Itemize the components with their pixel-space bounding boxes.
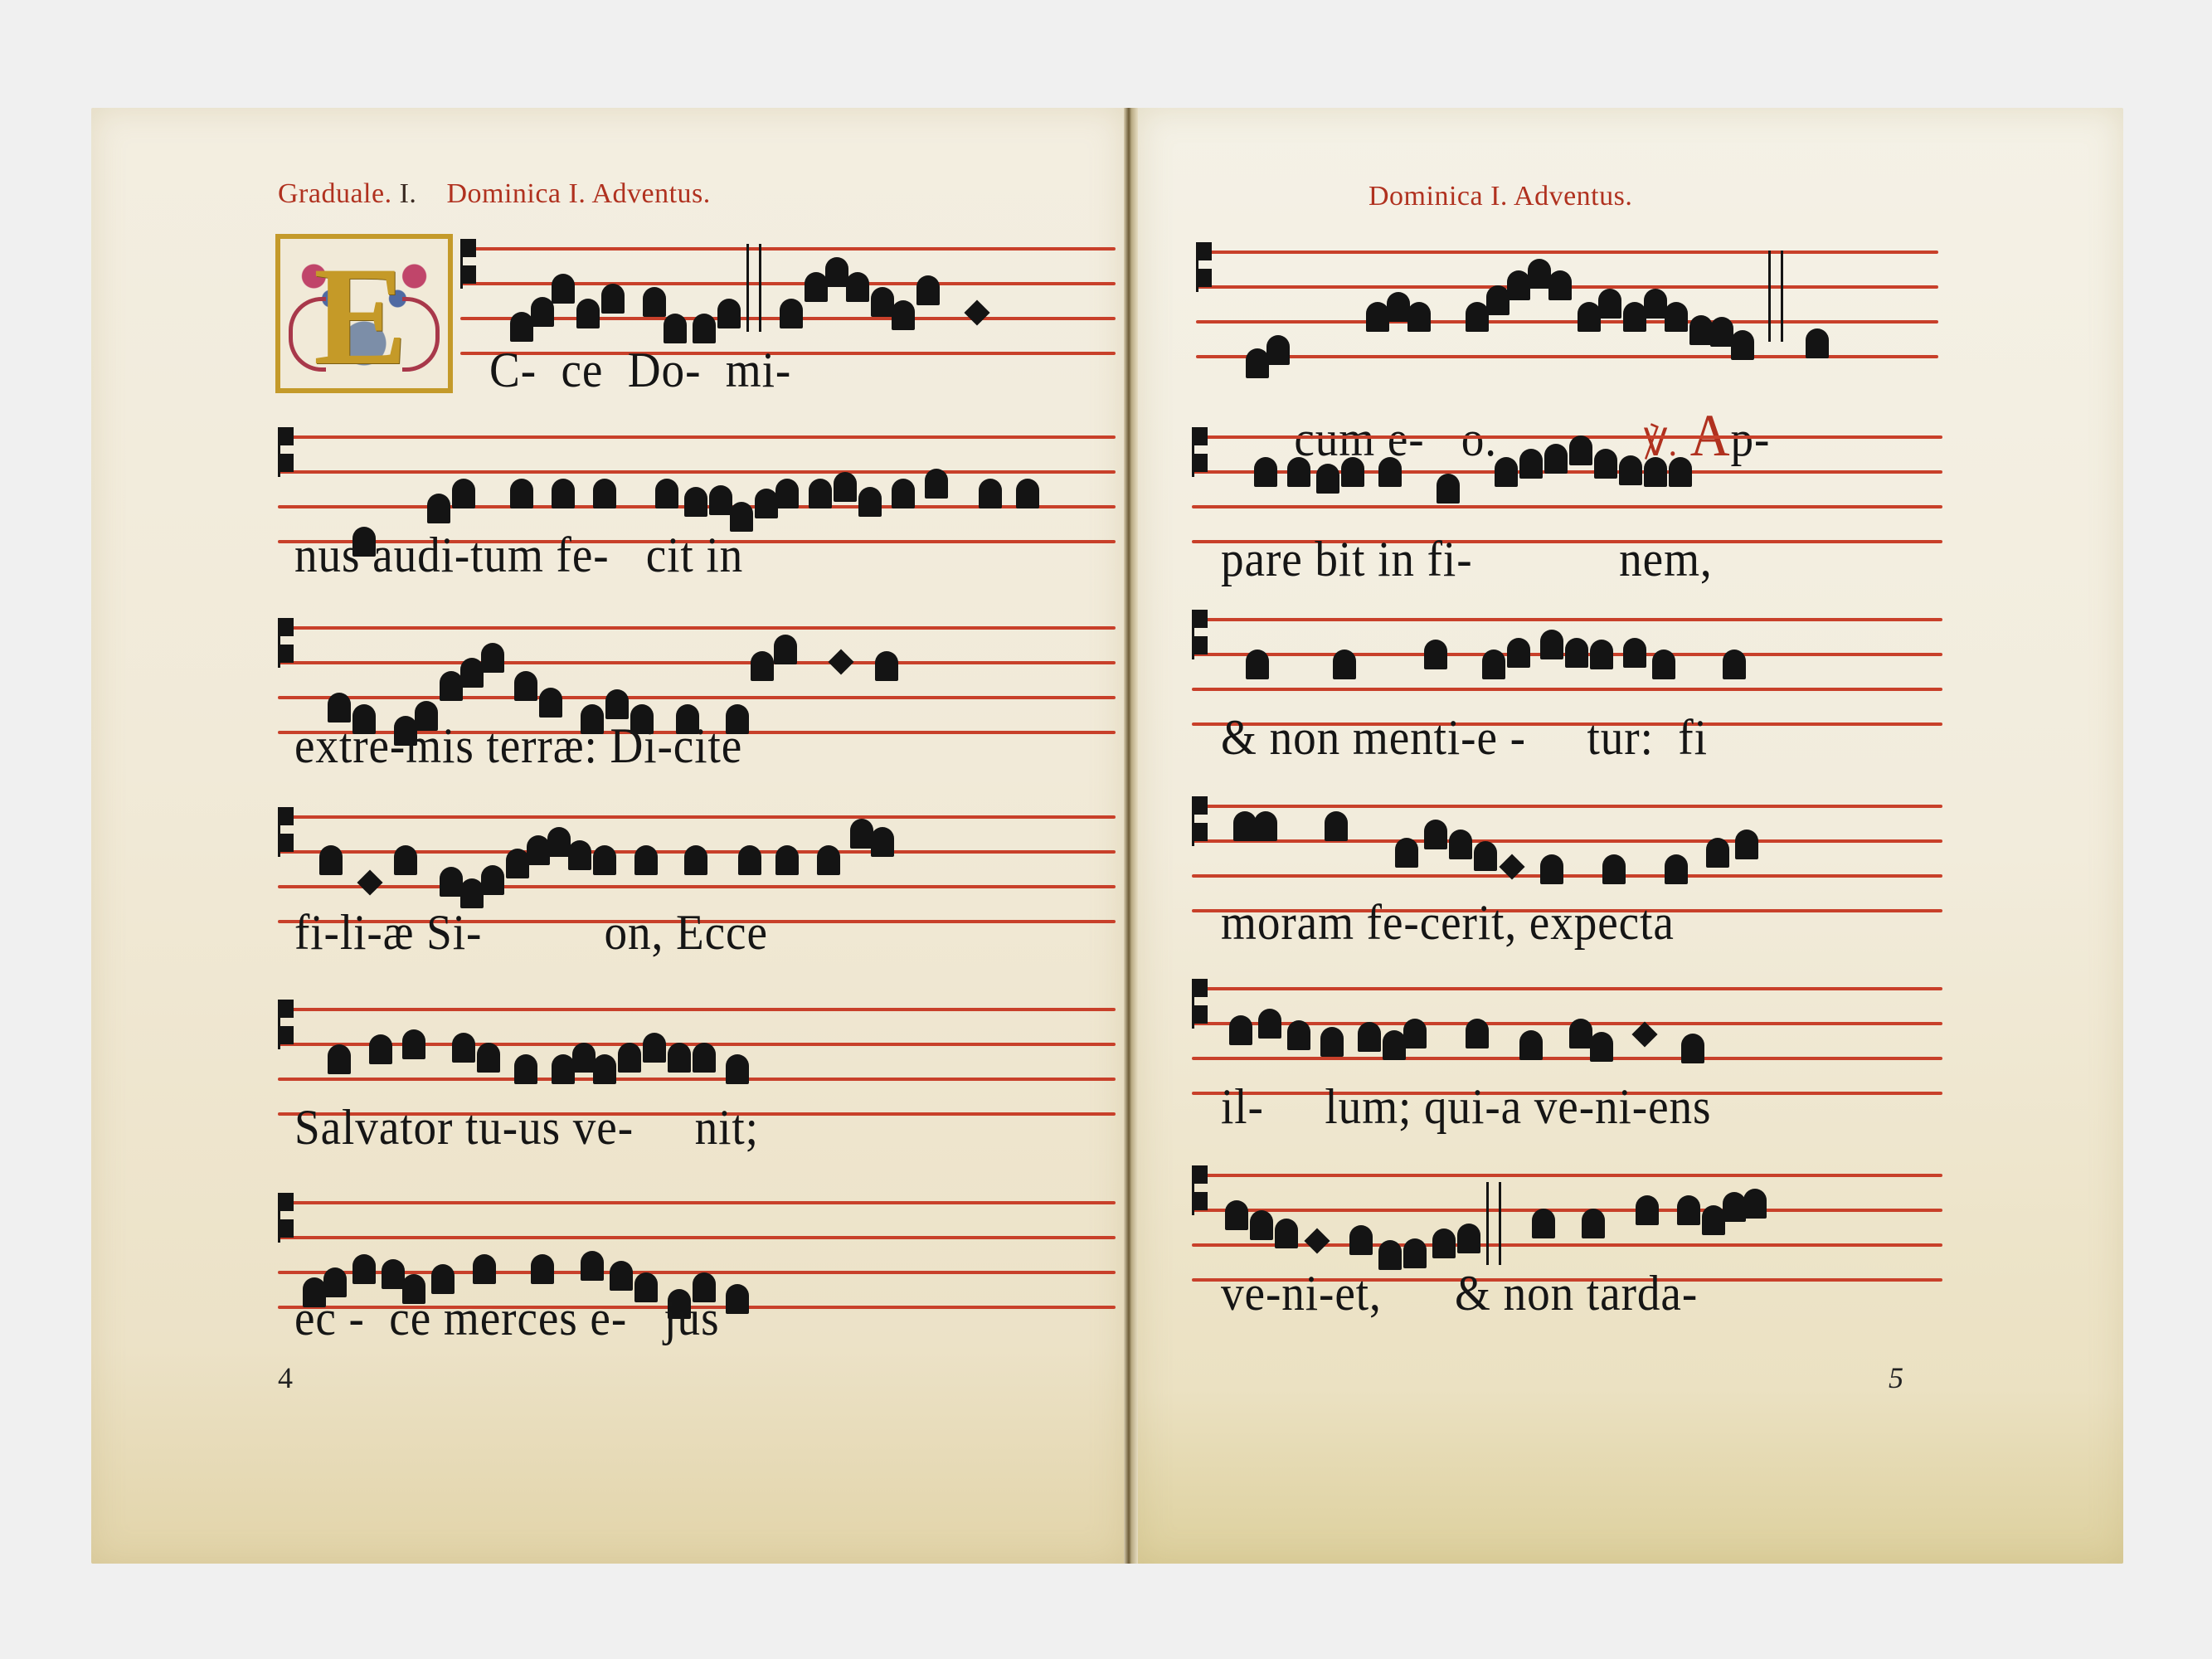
lyric-line-r6: ve-ni-et, & non tarda- (1221, 1265, 1698, 1322)
acanthus-scroll-right (402, 297, 440, 372)
book-title: Graduale. (278, 178, 392, 209)
music-staff-2 (278, 435, 1116, 542)
feast-title: Dominica I. Adventus. (446, 178, 710, 209)
lyric-line-r3: & non menti-e - tur: fi (1221, 709, 1708, 766)
c-clef-icon (1192, 1165, 1208, 1215)
page-number-left: 4 (278, 1360, 293, 1395)
book-gutter (1124, 108, 1138, 1564)
lyric-line-r2: pare bit in fi- nem, (1221, 531, 1713, 588)
initial-letter: E (314, 246, 407, 387)
c-clef-icon (278, 1000, 294, 1049)
music-staff-r1 (1196, 251, 1938, 357)
c-clef-icon (1192, 796, 1208, 846)
c-clef-icon (278, 807, 294, 857)
running-head-left: Graduale. I. Dominica I. Adventus. (278, 178, 711, 210)
left-page: Graduale. I. Dominica I. Adventus. E (91, 108, 1124, 1564)
music-staff-r2 (1192, 435, 1942, 542)
c-clef-icon (1192, 427, 1208, 477)
music-staff-r6 (1192, 1174, 1942, 1280)
lyric-line-3: extre-mis terræ: Di-cite (294, 718, 742, 775)
book-number: I. (400, 178, 417, 209)
music-staff-3 (278, 626, 1116, 732)
c-clef-icon (1196, 242, 1212, 292)
lyric-line-1: C- ce Do- mi- (489, 342, 791, 399)
music-staff-r5 (1192, 987, 1942, 1093)
lyric-line-r4: moram fe-cerit, expecta (1221, 894, 1675, 951)
music-staff-1 (460, 247, 1116, 353)
running-head-right: Dominica I. Adventus. (1369, 181, 1632, 212)
music-staff-5 (278, 1008, 1116, 1114)
c-clef-icon (1192, 979, 1208, 1029)
lyric-line-6: ec - ce merces e- jus (294, 1290, 719, 1347)
page-number-right: 5 (1889, 1360, 1903, 1395)
c-clef-icon (1192, 610, 1208, 659)
lyric-line-4: fi-li-æ Si- on, Ecce (294, 904, 768, 961)
open-choirbook: Graduale. I. Dominica I. Adventus. E (91, 108, 2115, 1564)
punctum-inclinatum-icon (964, 299, 989, 325)
punctum-inclinatum-icon (828, 649, 853, 674)
lyric-line-5: Salvator tu-us ve- nit; (294, 1099, 759, 1156)
c-clef-icon (460, 239, 476, 289)
music-staff-r3 (1192, 618, 1942, 724)
c-clef-icon (278, 1193, 294, 1243)
lyric-line-2: nus audi-tum fe- cit in (294, 527, 743, 584)
c-clef-icon (278, 618, 294, 668)
illuminated-initial: E (275, 234, 453, 393)
right-page: Dominica I. Adventus. cum e- o. ℣. Ap- (1138, 108, 2123, 1564)
c-clef-icon (278, 427, 294, 477)
lyric-line-r5: il- lum; qui-a ve-ni-ens (1221, 1078, 1711, 1136)
